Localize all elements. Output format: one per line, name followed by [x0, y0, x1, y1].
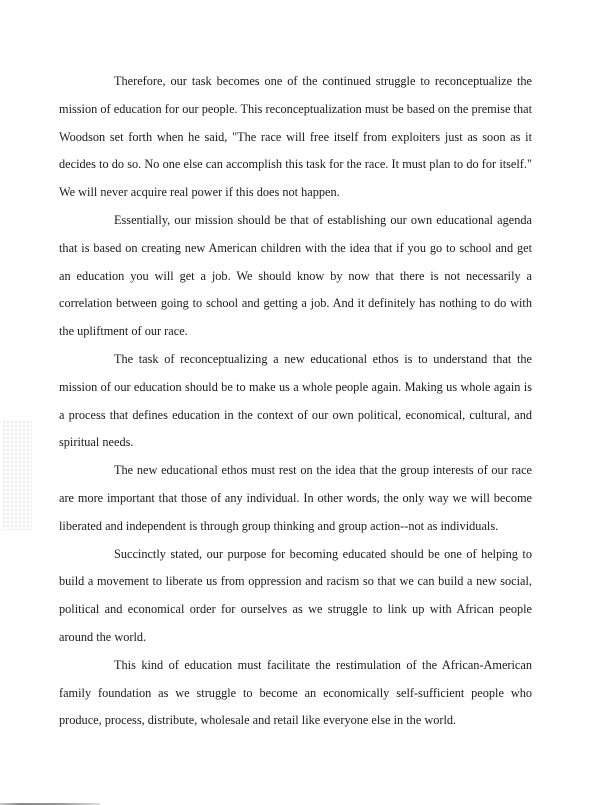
- paragraph-2: Essentially, our mission should be that …: [59, 207, 532, 346]
- paragraph-5: Succinctly stated, our purpose for becom…: [59, 541, 532, 652]
- paragraph-1: Therefore, our task becomes one of the c…: [59, 68, 532, 207]
- paragraph-4: The new educational ethos must rest on t…: [59, 457, 532, 540]
- scanned-page: Therefore, our task becomes one of the c…: [0, 0, 594, 805]
- paragraph-3: The task of reconceptualizing a new educ…: [59, 346, 532, 457]
- document-body: Therefore, our task becomes one of the c…: [59, 68, 532, 735]
- scan-artifact: [2, 420, 32, 530]
- paragraph-6: This kind of education must facilitate t…: [59, 652, 532, 735]
